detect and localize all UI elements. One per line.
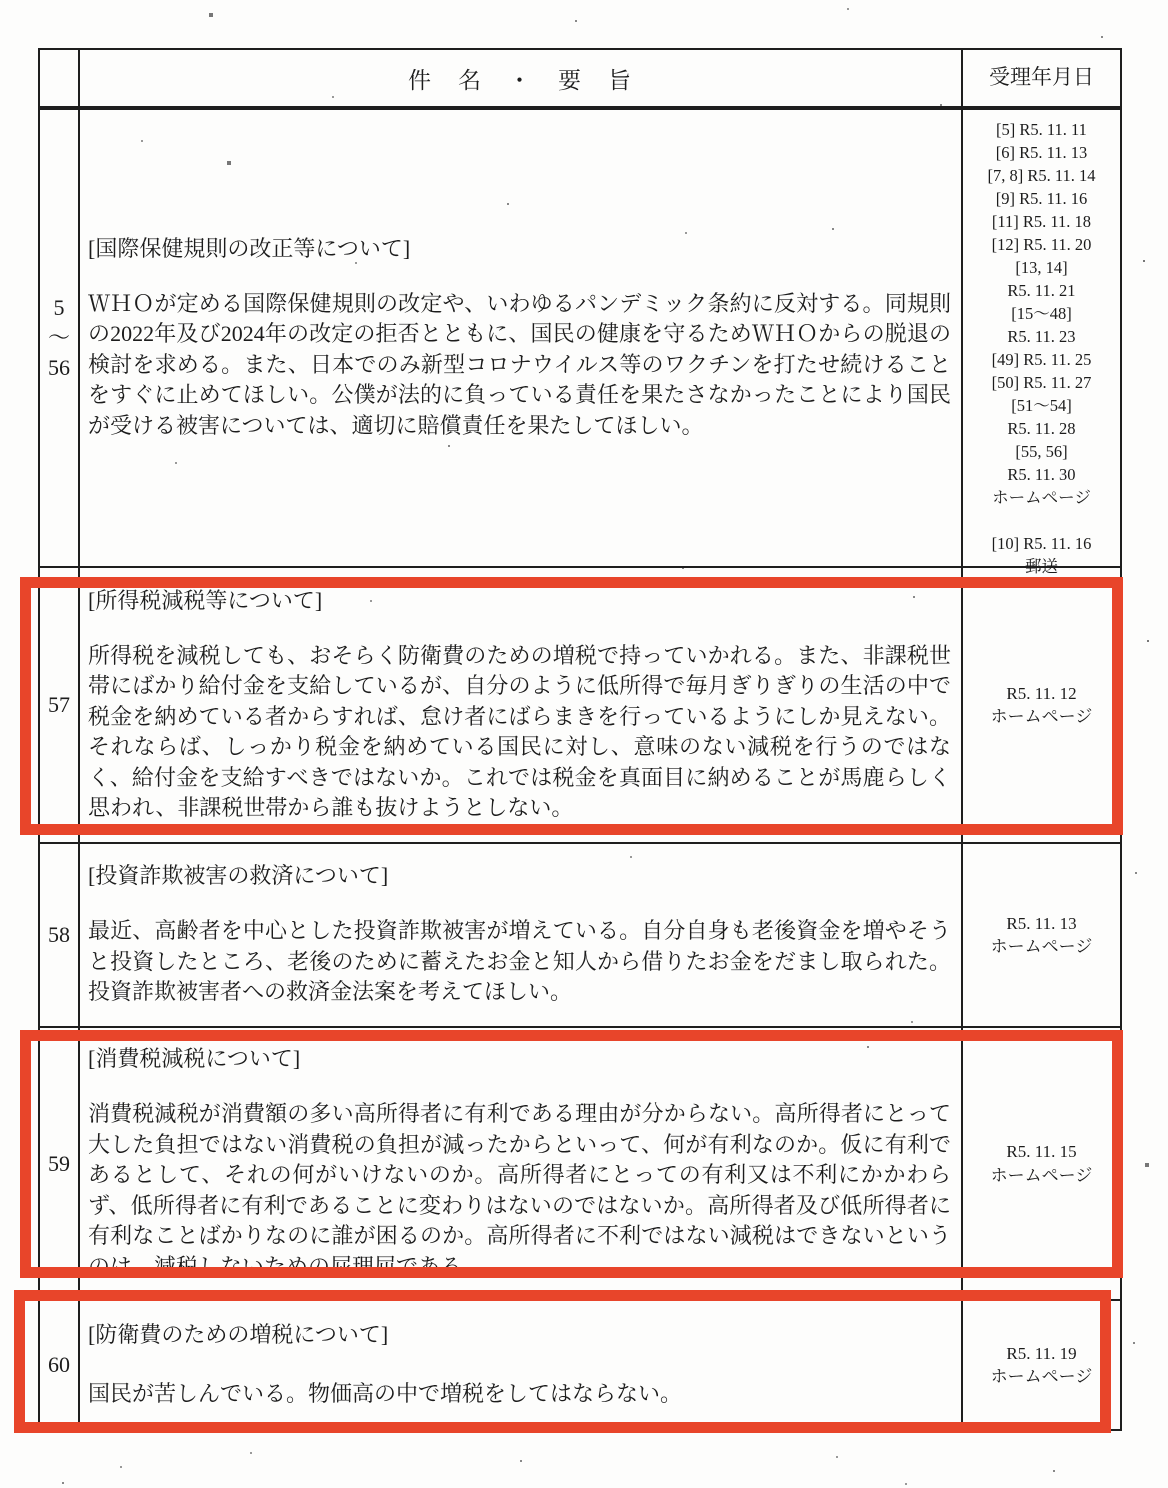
row-number: 58	[40, 844, 80, 1026]
entry-title: [国際保健規則の改正等について]	[88, 235, 951, 263]
table-header-row: 件 名 ・ 要 旨 受理年月日	[40, 50, 1120, 108]
table-row: 60 [防衛費のための増税について] 国民が苦しんでいる。物価高の中で増税をして…	[40, 1299, 1120, 1429]
table-row: 57 [所得税減税等について] 所得税を減税しても、おそらく防衛費のための増税で…	[40, 566, 1120, 842]
petition-table: 件 名 ・ 要 旨 受理年月日 5 〜 56 [国際保健規則の改正等について] …	[38, 48, 1122, 1431]
entry-body: 最近、高齢者を中心とした投資詐欺被害が増えている。自分自身も老後資金を増やそうと…	[88, 916, 951, 1008]
header-no-cell	[40, 50, 80, 106]
entry-title: [防衛費のための増税について]	[88, 1321, 951, 1349]
entry-body: 所得税を減税しても、おそらく防衛費のための増税で持っていかれる。また、非課税世帯…	[88, 641, 951, 824]
subject-header-label: 件 名 ・ 要 旨	[408, 62, 633, 95]
entry-dates: R5. 11. 13 ホームページ	[963, 844, 1120, 1026]
row-number: 5 〜 56	[40, 110, 80, 566]
header-date-cell: 受理年月日	[963, 50, 1120, 106]
date-header-label: 受理年月日	[989, 66, 1094, 90]
entry-cell: [投資詐欺被害の救済について] 最近、高齢者を中心とした投資詐欺被害が増えている…	[80, 844, 963, 1026]
table-row: 5 〜 56 [国際保健規則の改正等について] ＷＨＯが定める国際保健規則の改定…	[40, 108, 1120, 566]
entry-cell: [消費税減税について] 消費税減税が消費額の多い高所得者に有利である理由が分から…	[80, 1028, 963, 1299]
header-subject-cell: 件 名 ・ 要 旨	[80, 50, 963, 106]
entry-dates: R5. 11. 15 ホームページ	[963, 1028, 1120, 1299]
entry-cell: [防衛費のための増税について] 国民が苦しんでいる。物価高の中で増税をしてはなら…	[80, 1301, 963, 1429]
entry-title: [所得税減税等について]	[88, 587, 951, 615]
row-number: 60	[40, 1301, 80, 1429]
entry-body: 国民が苦しんでいる。物価高の中で増税をしてはならない。	[88, 1379, 951, 1410]
entry-cell: [所得税減税等について] 所得税を減税しても、おそらく防衛費のための増税で持って…	[80, 568, 963, 842]
scan-noise	[0, 0, 2, 2]
table-row: 58 [投資詐欺被害の救済について] 最近、高齢者を中心とした投資詐欺被害が増え…	[40, 842, 1120, 1026]
entry-body: ＷＨＯが定める国際保健規則の改定や、いわゆるパンデミック条約に反対する。同規則の…	[88, 289, 951, 442]
table-row: 59 [消費税減税について] 消費税減税が消費額の多い高所得者に有利である理由が…	[40, 1026, 1120, 1299]
entry-dates: R5. 11. 12 ホームページ	[963, 568, 1120, 842]
entry-title: [消費税減税について]	[88, 1045, 951, 1073]
row-number: 59	[40, 1028, 80, 1299]
entry-cell: [国際保健規則の改正等について] ＷＨＯが定める国際保健規則の改定や、いわゆるパ…	[80, 110, 963, 566]
entry-dates: [5] R5. 11. 11 [6] R5. 11. 13 [7, 8] R5.…	[963, 110, 1120, 566]
row-number: 57	[40, 568, 80, 842]
entry-title: [投資詐欺被害の救済について]	[88, 862, 951, 890]
entry-body: 消費税減税が消費額の多い高所得者に有利である理由が分からない。高所得者にとって大…	[88, 1099, 951, 1282]
entry-dates: R5. 11. 19 ホームページ	[963, 1301, 1120, 1429]
